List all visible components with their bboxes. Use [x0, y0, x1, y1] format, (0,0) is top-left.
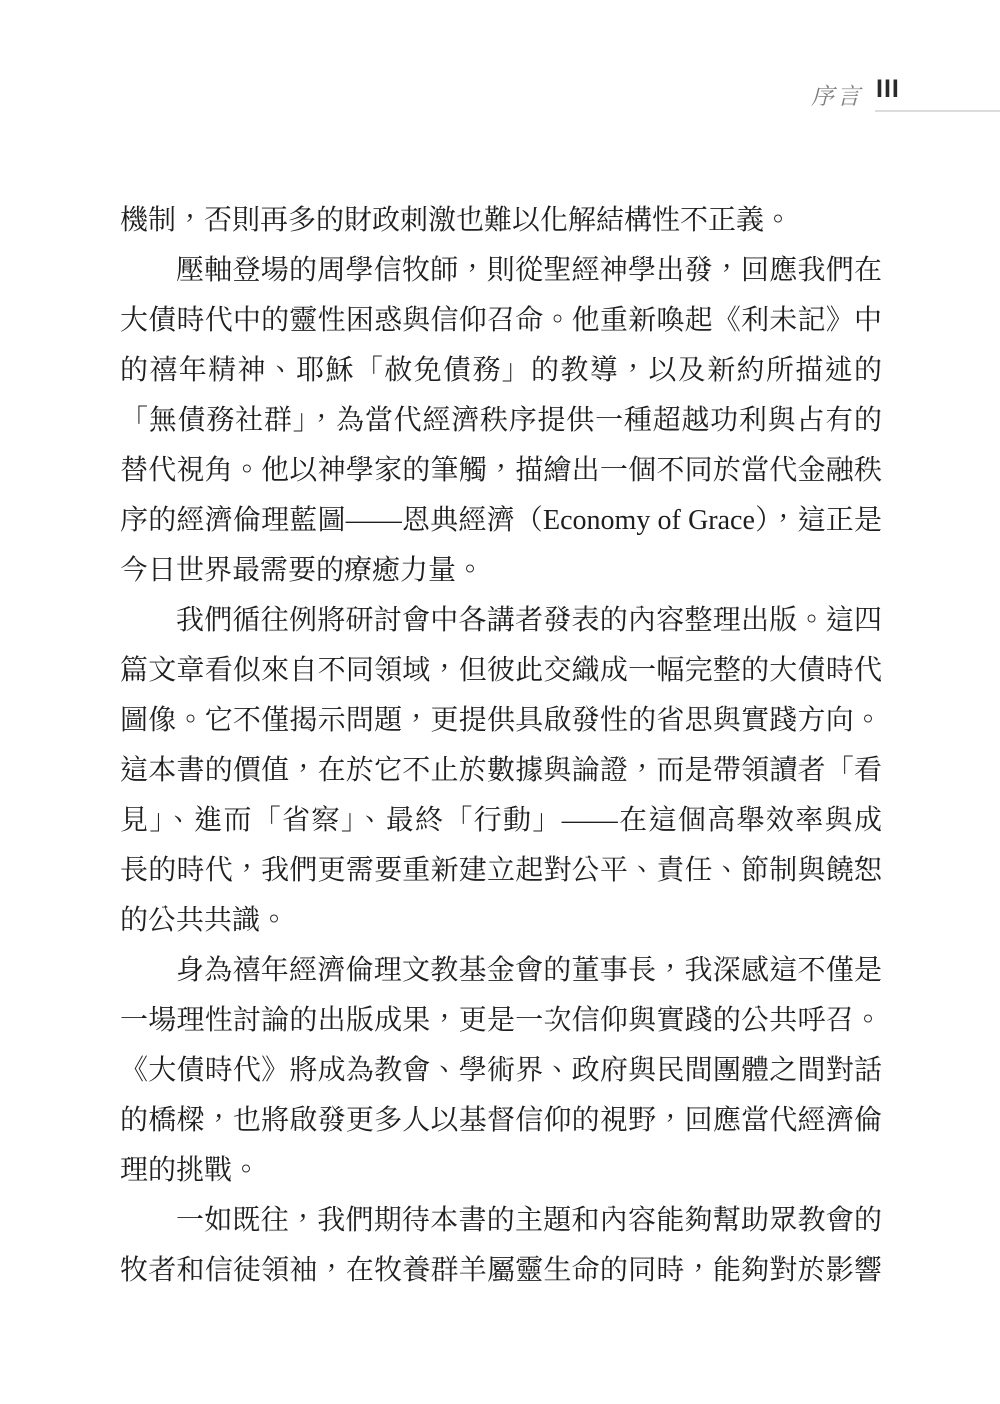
- header-rule: [875, 110, 1000, 112]
- text-line: 的橋樑，也將啟發更多人以基督信仰的視野，回應當代經濟倫: [120, 1096, 882, 1146]
- text-line: 「無債務社群」，為當代經濟秩序提供一種超越功利與占有的: [120, 396, 882, 446]
- text-line: 見」、進而「省察」、最終「行動」——在這個高舉效率與成: [120, 796, 882, 846]
- body-text: 機制，否則再多的財政刺激也難以化解結構性不正義。壓軸登場的周學信牧師，則從聖經神…: [120, 196, 882, 1296]
- text-line: 一場理性討論的出版成果，更是一次信仰與實踐的公共呼召。: [120, 996, 882, 1046]
- text-line: 今日世界最需要的療癒力量。: [120, 546, 882, 596]
- book-page: 序言 III 機制，否則再多的財政刺激也難以化解結構性不正義。壓軸登場的周學信牧…: [0, 0, 1000, 1404]
- text-line: 牧者和信徒領袖，在牧養群羊屬靈生命的同時，能夠對於影響: [120, 1246, 882, 1296]
- text-line: 的禧年精神、耶穌「赦免債務」的教導，以及新約所描述的: [120, 346, 882, 396]
- text-line: 這本書的價值，在於它不止於數據與論證，而是帶領讀者「看: [120, 746, 882, 796]
- text-line: 我們循往例將研討會中各講者發表的內容整理出版。這四: [120, 596, 882, 646]
- text-line: 篇文章看似來自不同領域，但彼此交織成一幅完整的大債時代: [120, 646, 882, 696]
- text-line: 替代視角。他以神學家的筆觸，描繪出一個不同於當代金融秩: [120, 446, 882, 496]
- text-line: 序的經濟倫理藍圖——恩典經濟（Economy of Grace），這正是: [120, 496, 882, 546]
- text-line: 一如既往，我們期待本書的主題和內容能夠幫助眾教會的: [120, 1196, 882, 1246]
- text-line: 壓軸登場的周學信牧師，則從聖經神學出發，回應我們在: [120, 246, 882, 296]
- page-number: III: [876, 75, 900, 104]
- text-line: 機制，否則再多的財政刺激也難以化解結構性不正義。: [120, 196, 882, 246]
- text-line: 長的時代，我們更需要重新建立起對公平、責任、節制與饒恕: [120, 846, 882, 896]
- text-line: 圖像。它不僅揭示問題，更提供具啟發性的省思與實踐方向。: [120, 696, 882, 746]
- text-line: 理的挑戰。: [120, 1146, 882, 1196]
- text-line: 大債時代中的靈性困惑與信仰召命。他重新喚起《利未記》中: [120, 296, 882, 346]
- text-line: 的公共共識。: [120, 896, 882, 946]
- running-head-section-title: 序言: [811, 78, 863, 111]
- text-line: 《大債時代》將成為教會、學術界、政府與民間團體之間對話: [120, 1046, 882, 1096]
- text-line: 身為禧年經濟倫理文教基金會的董事長，我深感這不僅是: [120, 946, 882, 996]
